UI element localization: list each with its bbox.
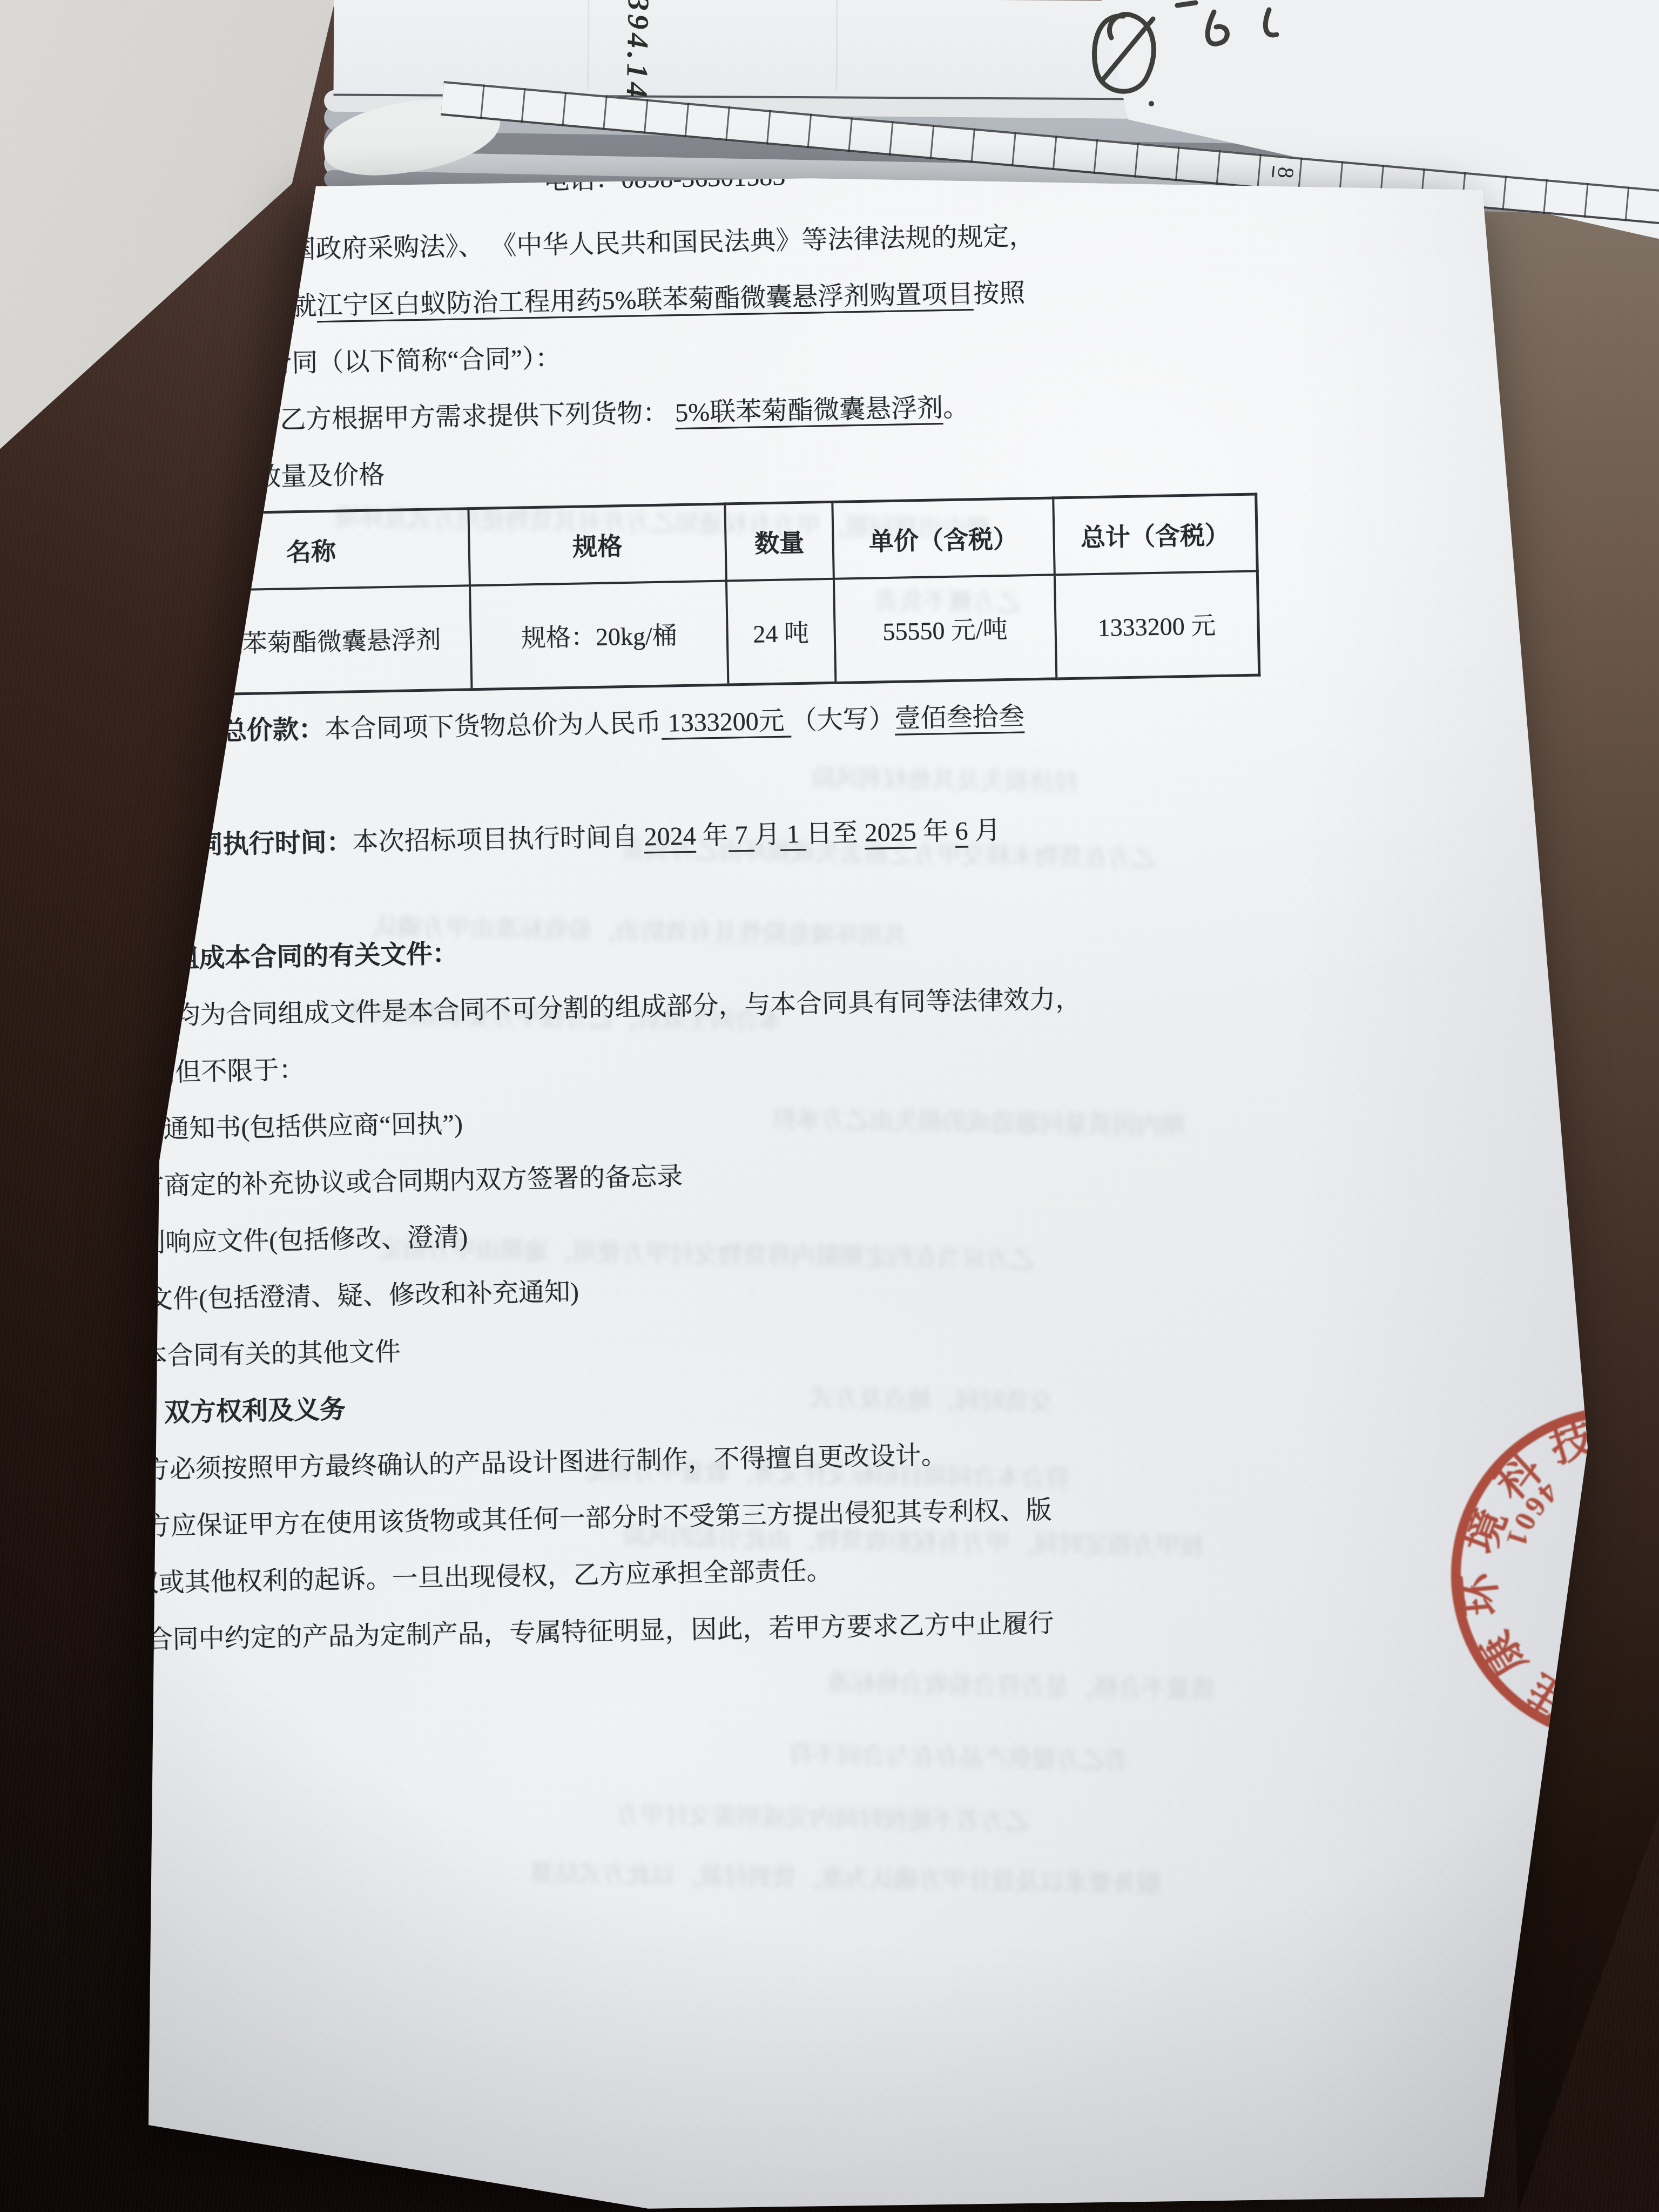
contract-text-segment: 地址：南京市江宁区天元东路 555 号	[1, 63, 416, 99]
contract-text-segment: 第五条、双方权利及义务	[60, 1395, 346, 1429]
contract-text-segment: 第三条、合同执行时间：	[67, 828, 353, 862]
contract-text-segment: 乙方根据甲方需求提供下列货物：	[267, 399, 676, 435]
contract-text-segment: 乙方（供货方）：海口市佳康环境科技有限公司	[540, 0, 1073, 44]
contract-text-segment: 3、谈判响应文件(包括修改、澄清)	[75, 1223, 468, 1259]
contract-text-segment: 下列文件均为合同组成文件是本合同不可分割的组成部分，与本合同具有同等法律效力，	[70, 985, 1082, 1032]
contract-paper: 理中出现问题，甲方有权通知乙方并对其货物使用方式及环境乙方概不负责经济损失及其他…	[0, 0, 1659, 2212]
table-header-cell: 数量	[725, 502, 833, 581]
photo-of-contract-on-desk: { "scene": { "desk_color": "#33211b", "w…	[0, 0, 1659, 2212]
table-cell: 规格：20kg/桶	[470, 581, 729, 690]
contract-text-block: 甲方（采购方）：南京市江宁区白蚁防治所乙方（供货方）：海口市佳康环境科技有限公司…	[0, 0, 1294, 1670]
table-header-cell: 总计（含税）	[1053, 494, 1257, 575]
contract-text-segment: 经甲乙双方友好协商同意就	[5, 292, 317, 326]
contract-line: 甲方（采购方）：南京市江宁区白蚁防治所乙方（供货方）：海口市佳康环境科技有限公司	[0, 0, 1265, 57]
bleed-through-text: 质量不合格，是否符合验收合格标准	[826, 1663, 1215, 1705]
contract-text-segment: 本次招标项目执行时间自	[352, 822, 644, 857]
table-row: 15%联苯菊酯微囊悬浮剂规格：20kg/桶24 吨55550 元/吨133320…	[64, 571, 1259, 697]
contract-text-segment: （大写）	[791, 705, 895, 736]
contract-line: 盛御秀 A 栋 1402	[2, 90, 1267, 170]
contract-text-segment: 年	[916, 817, 955, 846]
contract-text-segment: 第一条、合同标的	[59, 406, 267, 439]
svg-text:海口市佳康环境科技有限公司: 海口市佳康环境科技有限公司	[1430, 1387, 1659, 1763]
contract-text-segment: 第二条、合同总价款：	[65, 715, 325, 748]
contract-text-segment: 1333200元	[661, 706, 791, 737]
contract-text-segment: 日至	[806, 819, 865, 848]
seal-arc-text: 海口市佳康环境科技有限公司	[1430, 1387, 1659, 1763]
contract-paper-wrap: 理中出现问题，甲方有权通知乙方并对其货物使用方式及环境乙方概不负责经济损失及其他…	[0, 0, 1659, 2212]
contract-text-segment: 以下条款和条件签定本合同（以下简称“合同”）：	[6, 344, 561, 383]
contract-text-segment: 江宁区白蚁防治工程用药5%联苯菊酯微囊悬浮剂购置项目	[316, 280, 974, 320]
table-cell: 55550 元/吨	[834, 575, 1056, 683]
contract-text-segment: 1、成交通知书(包括供应商“回执”)	[72, 1110, 463, 1145]
contract-line: 地址：南京市江宁区天元东路 555 号地址：海南省海口市秀英区长滨东四街 19 …	[1, 33, 1266, 113]
table-cell: 5%联苯菊酯微囊悬浮剂	[153, 585, 471, 695]
contract-text-segment: 。	[943, 393, 969, 422]
contract-text-segment: 3、本合同中约定的产品为定制产品，专属特征明显，因此，若甲方要求乙方中止履行	[82, 1609, 1054, 1656]
contract-text-segment: 万叁仟贰佰元整	[14, 774, 196, 806]
goods-table: 序号名称规格数量单价（含税）总计（含税） 15%联苯菊酯微囊悬浮剂规格：20kg…	[61, 493, 1260, 698]
table-cell: 1333200 元	[1055, 571, 1259, 679]
contract-text-segment: 30	[16, 891, 43, 920]
bleed-through-text: 乙方若不能按时间内完成则需交付甲方	[615, 1795, 1029, 1837]
contract-text-segment: 月	[968, 816, 1001, 845]
contract-text-segment: 1	[780, 820, 806, 849]
contract-text-segment: 盛御秀 A 栋 1402	[720, 97, 914, 157]
contract-text-segment: 2024	[644, 822, 696, 852]
contract-text-segment: 电话：0898-36301583	[543, 148, 786, 209]
contract-text-segment: 第四条、组成本合同的有关文件：	[69, 940, 458, 975]
table-header-cell: 名称	[152, 509, 470, 591]
table-cell: 1	[64, 591, 156, 697]
table-cell: 24 吨	[726, 579, 835, 685]
contract-text-segment: 电话：025-52285569	[3, 180, 233, 213]
contract-text-segment: 甲方（采购方）：南京市江宁区白蚁防治所	[0, 5, 480, 43]
table-header-cell: 序号	[63, 514, 153, 593]
contract-text-segment: 壹佰叁拾叁	[894, 702, 1024, 733]
contract-text-segment: 7	[728, 821, 754, 850]
contract-text-segment: 4 谈判文件(包括澄清、疑、修改和补充通知)	[76, 1278, 579, 1316]
contract-text-segment: 2、乙方应保证甲方在使用该货物或其任何一部分时不受第三方提出侵犯其专利权、版	[79, 1496, 1052, 1542]
contract-text-segment: 按照	[973, 279, 1026, 308]
contract-text-segment: 货物名称、规格、数量及价格	[48, 461, 385, 495]
table-header-cell: 规格	[468, 504, 726, 585]
contract-text-segment: 年	[696, 821, 729, 851]
contract-text-segment: 。	[195, 774, 222, 803]
contract-text-segment: 本合同项下货物总价为人民币	[324, 709, 662, 744]
contract-text-segment: 这些文件包括但不限于：	[19, 1056, 305, 1090]
contract-text-segment: 地址：海南省海口市秀英区长滨东四街 19 号华	[541, 34, 1074, 100]
contract-text-segment: 月	[754, 820, 780, 849]
contract-text-segment: 日。	[42, 889, 101, 919]
contract-text-segment: 2、双方商定的补充协议或合同期内双方签署的备忘录	[73, 1162, 683, 1202]
contract-text-segment: 2025	[864, 818, 916, 847]
contract-text-segment: 5、与本合同有关的其他文件	[77, 1338, 401, 1372]
table-header-cell: 单价（含税）	[832, 498, 1054, 579]
contract-text-segment: 根据《中华人民共和国政府采购法》、 《中华人民共和国民法典》等法律法规的规定，	[56, 222, 1035, 268]
contract-text-segment: 权、商标权或其他权利的起诉。一旦出现侵权，乙方应承担全部责任。	[29, 1556, 833, 1600]
contract-text-segment: 5%联苯菊酯微囊悬浮剂	[675, 394, 943, 427]
contract-text-segment: 1、乙方必须按照甲方最终确认的产品设计图进行制作，不得擅自更改设计。	[78, 1441, 947, 1485]
contract-text-segment: 6	[955, 817, 968, 845]
bleed-through-text: 若乙方提供产品存在与合同不符	[788, 1735, 1129, 1776]
